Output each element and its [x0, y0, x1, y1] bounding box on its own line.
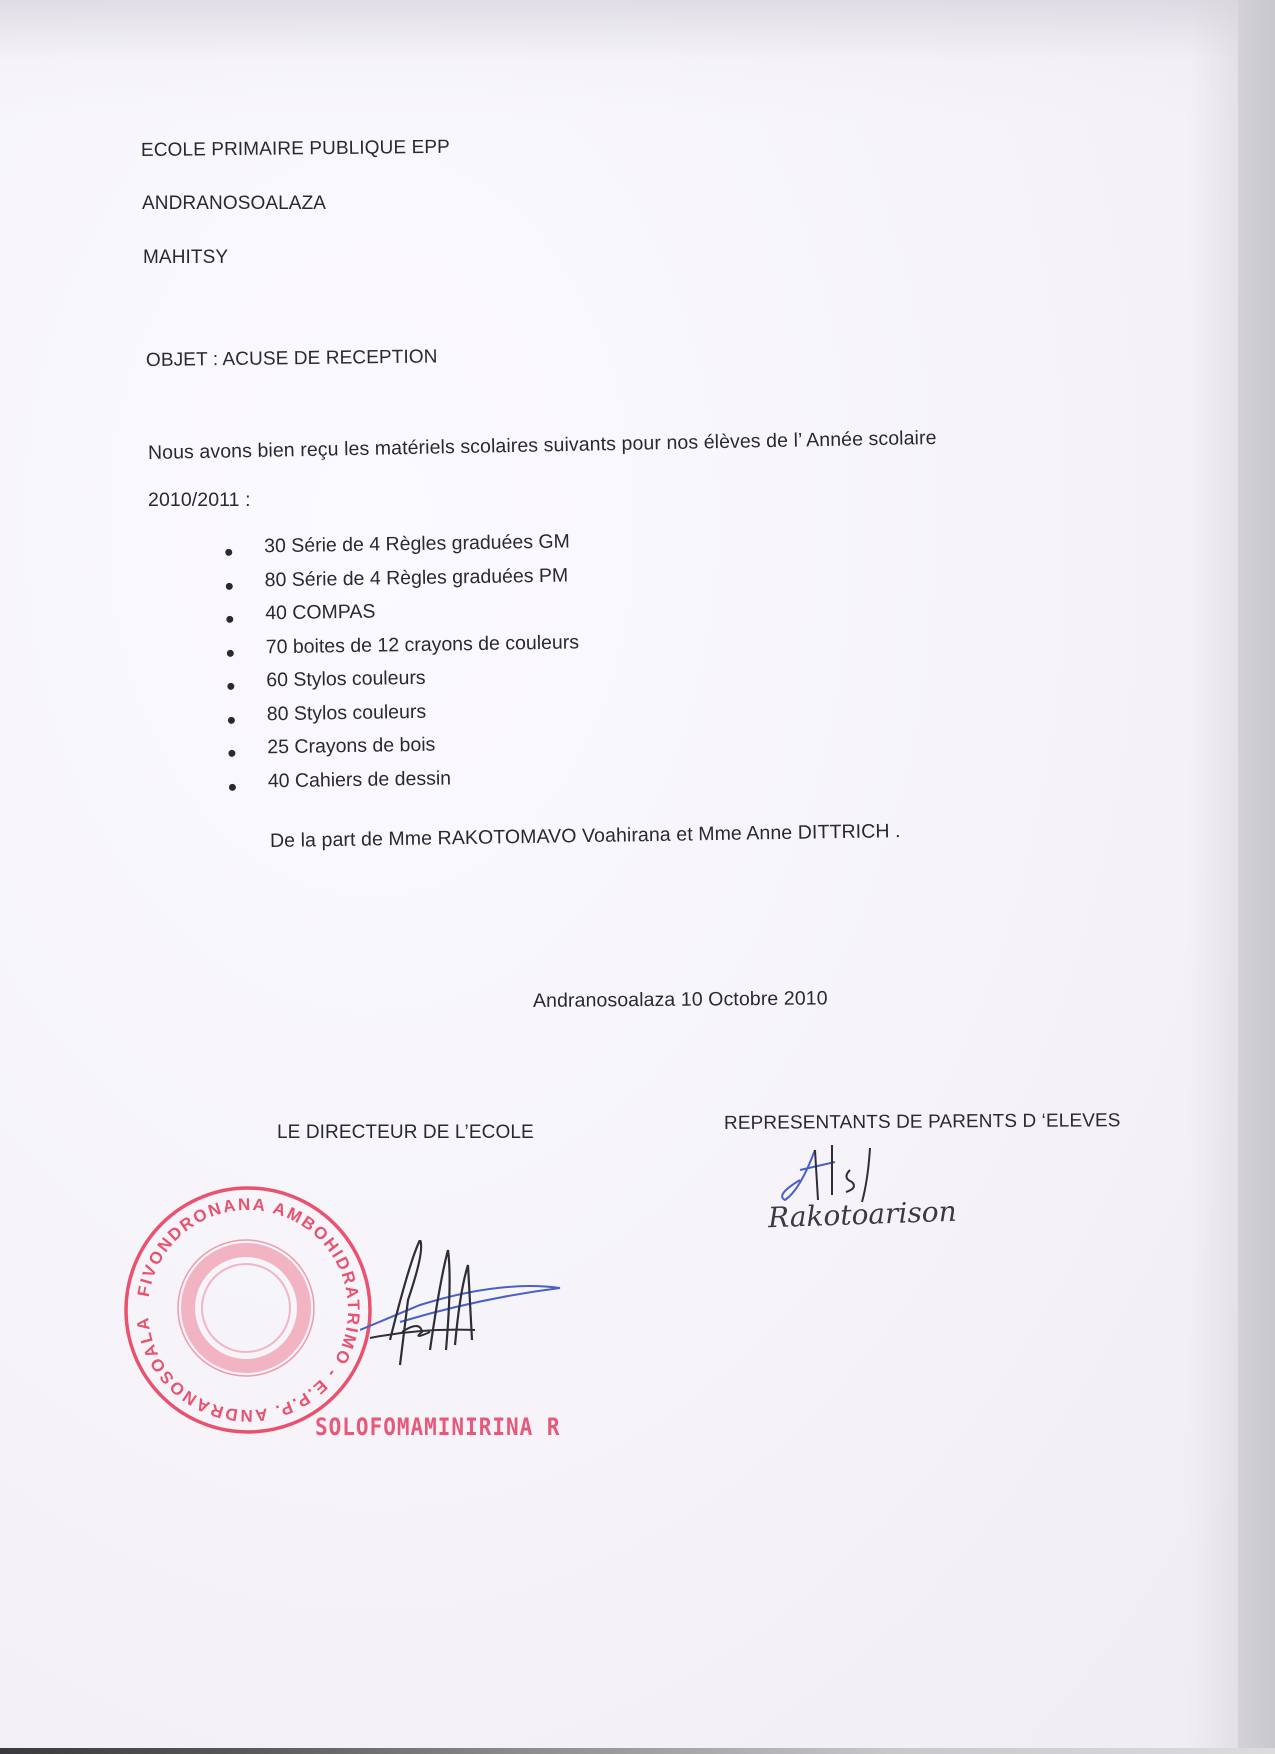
scanner-edge-bottom: [0, 1748, 1275, 1754]
school-location: ANDRANOSOALAZA: [142, 193, 326, 215]
director-signature-icon: [360, 1240, 570, 1370]
official-stamp-icon: FIVONDRONANA AMBOHIDRATRIMO - E.P.P. AND…: [118, 1180, 378, 1440]
director-name-stamp: SOLOFOMAMINIRINA R: [315, 1413, 561, 1441]
school-name: ECOLE PRIMAIRE PUBLIQUE EPP: [141, 137, 450, 162]
parent-handwritten-name: Rakotoarison: [767, 1195, 957, 1235]
list-item: 40 COMPAS: [221, 597, 579, 636]
place-and-date: Andranosoalaza 10 Octobre 2010: [533, 987, 828, 1013]
director-signature-title: LE DIRECTEUR DE L’ECOLE: [277, 1122, 534, 1144]
list-item: 25 Crayons de bois: [223, 731, 581, 770]
list-item: 80 Stylos couleurs: [223, 698, 581, 737]
list-item: 40 Cahiers de dessin: [224, 765, 582, 804]
supplies-list: 30 Série de 4 Règles graduées GM 80 Séri…: [220, 530, 581, 804]
list-item: 60 Stylos couleurs: [222, 664, 580, 703]
parent-signature-icon: [760, 1140, 1000, 1250]
subject-line: OBJET : ACUSE DE RECEPTION: [146, 346, 438, 372]
list-item: 70 boites de 12 crayons de couleurs: [222, 631, 580, 670]
parents-signature-title: REPRESENTANTS DE PARENTS D ‘ELEVES: [724, 1110, 1121, 1135]
school-district: MAHITSY: [143, 247, 228, 269]
list-item: 80 Série de 4 Règles graduées PM: [221, 564, 579, 603]
body-text-line-2: 2010/2011 :: [148, 489, 251, 512]
scanner-edge-right: [1238, 0, 1275, 1754]
list-item: 30 Série de 4 Règles graduées GM: [220, 530, 578, 569]
